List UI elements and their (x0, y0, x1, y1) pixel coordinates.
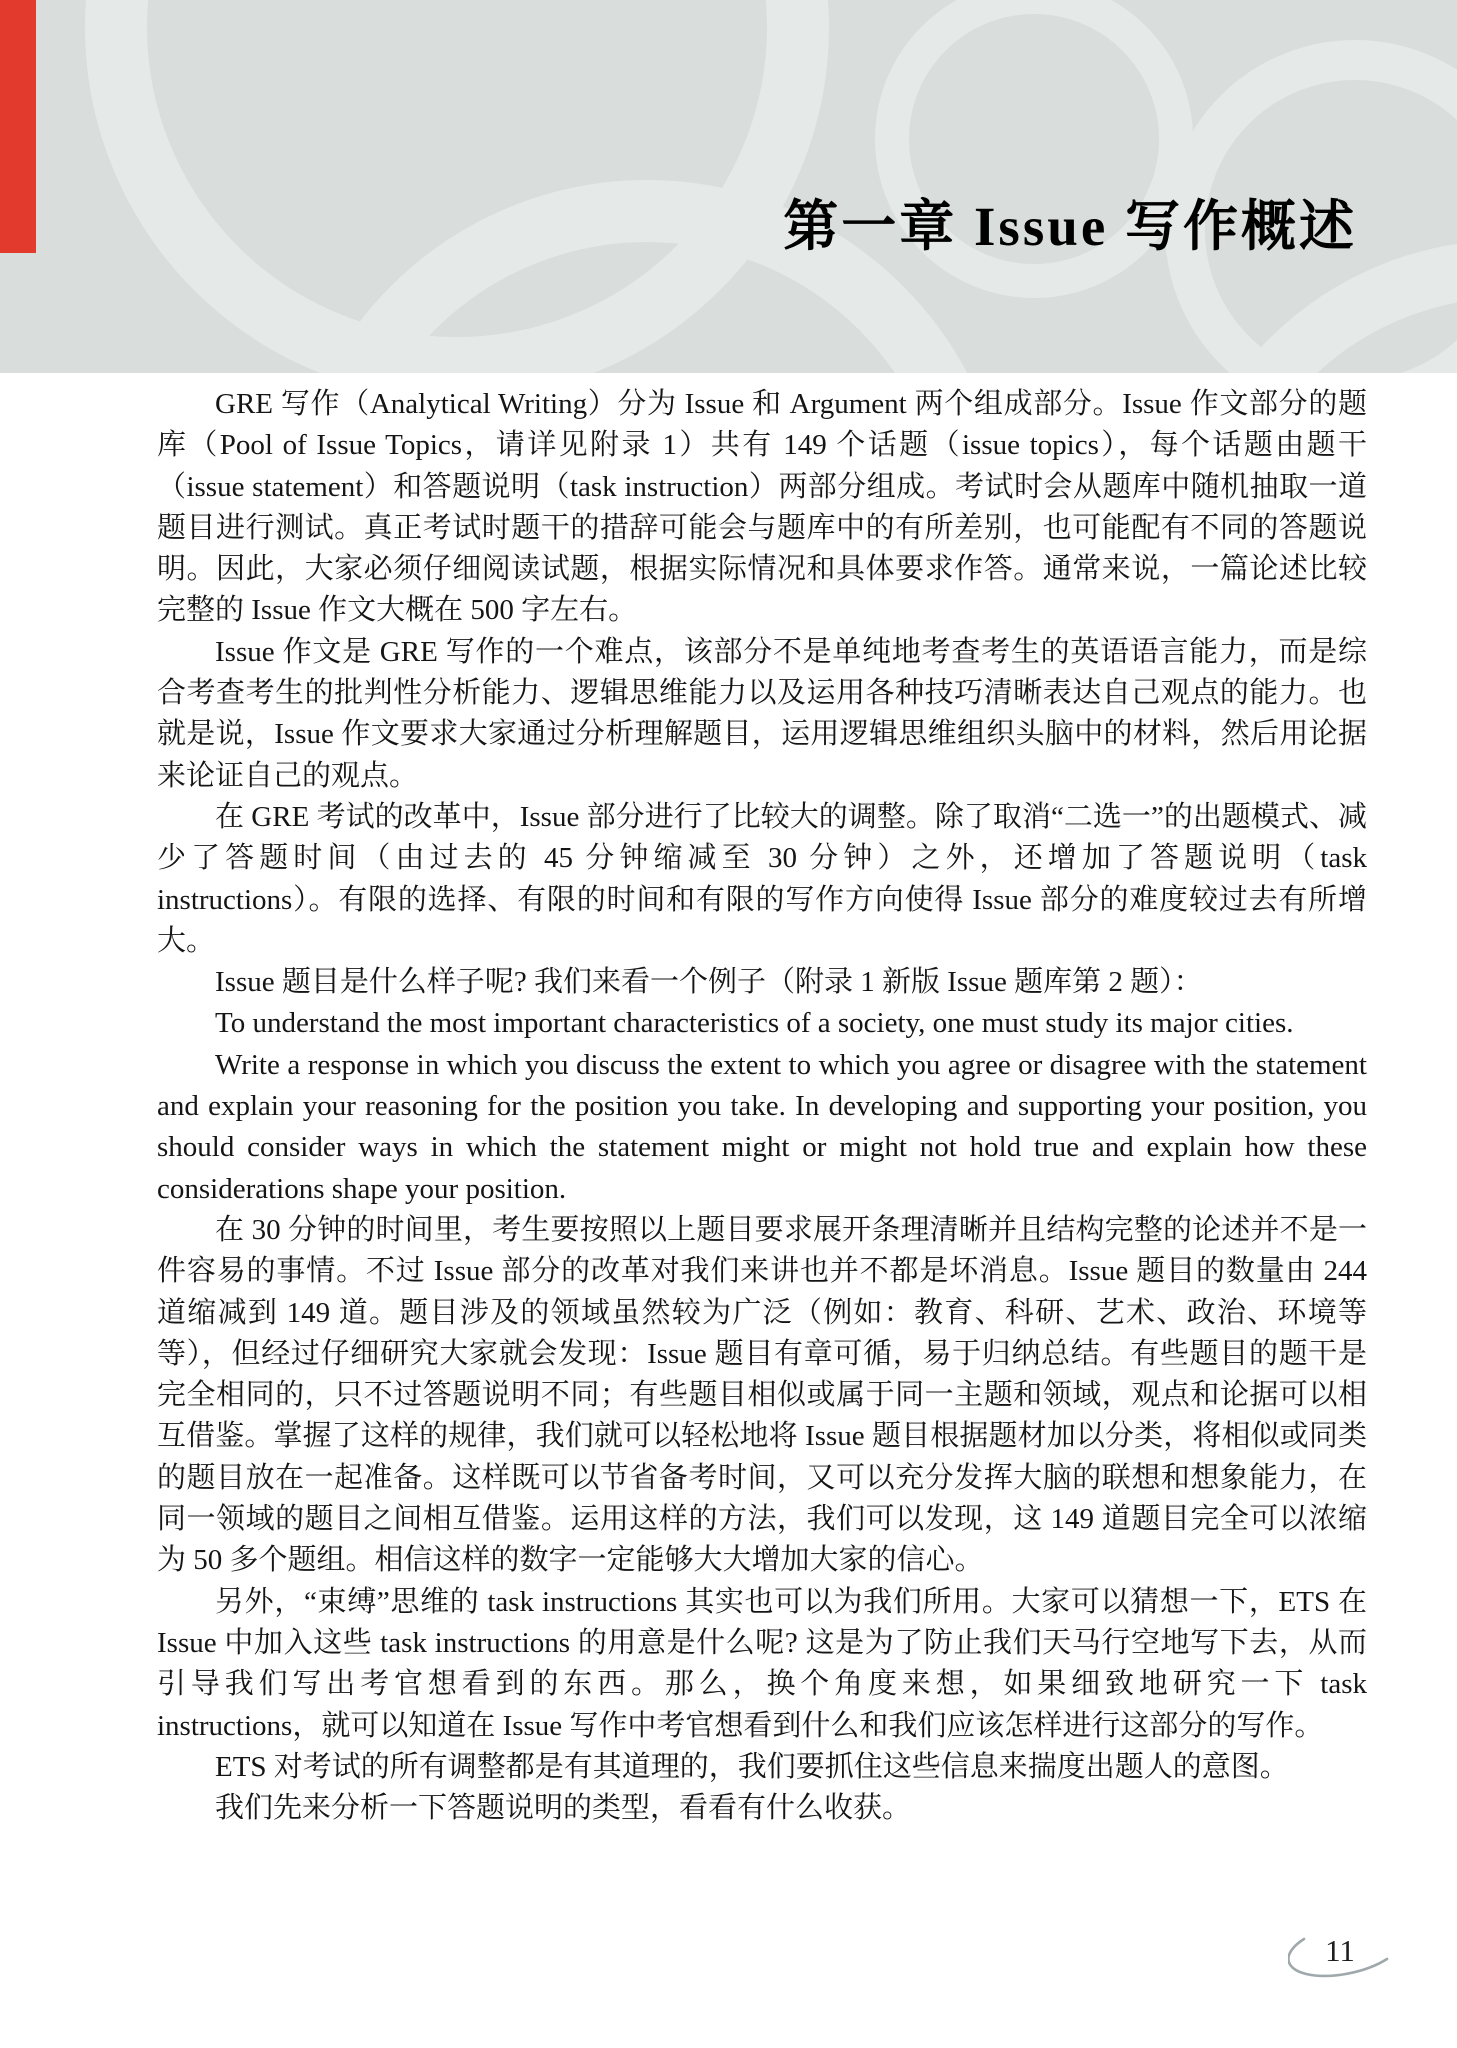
page-body: GRE 写作（Analytical Writing）分为 Issue 和 Arg… (157, 384, 1367, 1829)
page-number-container: 11 (1288, 1930, 1392, 1990)
chapter-title: 第一章 Issue 写作概述 (783, 182, 1357, 261)
paragraph: Issue 题目是什么样子呢? 我们来看一个例子（附录 1 新版 Issue 题… (157, 962, 1367, 1003)
paragraph: 在 GRE 考试的改革中，Issue 部分进行了比较大的调整。除了取消“二选一”… (157, 797, 1367, 962)
paragraph: 另外，“束缚”思维的 task instructions 其实也可以为我们所用。… (157, 1582, 1367, 1747)
paragraph: GRE 写作（Analytical Writing）分为 Issue 和 Arg… (157, 384, 1367, 632)
paragraph: Issue 作文是 GRE 写作的一个难点，该部分不是单纯地考查考生的英语语言能… (157, 632, 1367, 797)
paragraph: 在 30 分钟的时间里，考生要按照以上题目要求展开条理清晰并且结构完整的论述并不… (157, 1210, 1367, 1582)
book-page: 第一章 Issue 写作概述 GRE 写作（Analytical Writing… (0, 0, 1457, 2048)
red-bookmark-tab (0, 0, 36, 253)
chapter-header-band: 第一章 Issue 写作概述 (0, 0, 1457, 373)
paragraph: 我们先来分析一下答题说明的类型，看看有什么收获。 (157, 1788, 1367, 1829)
paragraph-english-instruction: Write a response in which you discuss th… (157, 1045, 1367, 1210)
page-number: 11 (1288, 1933, 1392, 1969)
paragraph-english-statement: To understand the most important charact… (157, 1003, 1367, 1044)
paragraph: ETS 对考试的所有调整都是有其道理的，我们要抓住这些信息来揣度出题人的意图。 (157, 1747, 1367, 1788)
